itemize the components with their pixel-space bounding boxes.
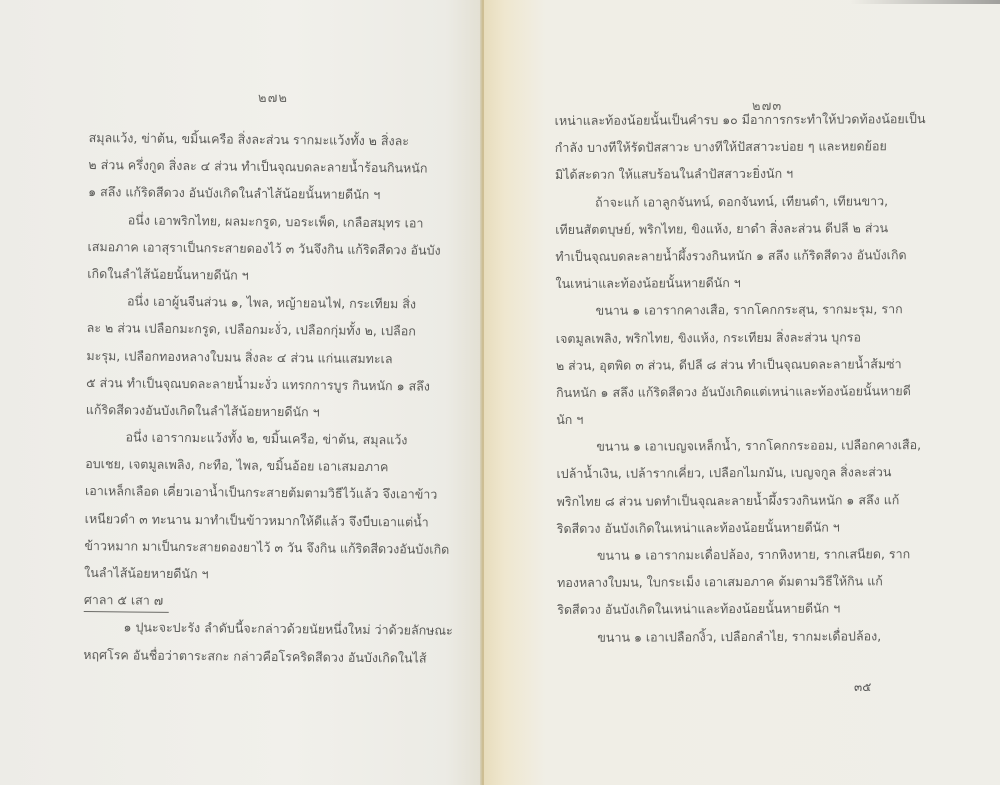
text-line: เกิดในลำไส้น้อยนั้นหายดีนัก ฯ — [87, 260, 467, 291]
text-line: นัก ฯ — [556, 404, 956, 433]
text-line: เสมอภาค เอาสุราเป็นกระสายดองไว้ ๓ วันจึง… — [87, 233, 467, 264]
text-line: ในลำไส้น้อยหายดีนัก ฯ — [84, 559, 464, 590]
text-line: ทองหลางใบมน, ใบกระเม็ง เอาเสมอภาค ต้มตาม… — [557, 567, 957, 596]
text-line: ริดสีดวง อันบังเกิดในเหน่าและท้องน้อยนั้… — [557, 594, 957, 623]
text-line: ขนาน ๑ เอาเปลือกงิ้ว, เปลือกลำไย, รากมะเ… — [557, 621, 957, 650]
text-line: เหนียวดำ ๓ ทะนาน มาทำเป็นข้าวหมากให้ดีแล… — [85, 505, 465, 536]
text-line: หฤศโรค อันชื่อว่าตาระสกะ กล่าวคือโรคริดส… — [83, 641, 463, 672]
text-line: ขนาน ๑ เอารากมะเดื่อปล้อง, รากหิงหาย, รา… — [557, 540, 957, 569]
text-line: เจตมูลเพลิง, พริกไทย, ขิงแห้ง, กระเทียม … — [556, 322, 956, 351]
right-page: ๒๗๓ เหน่าและท้องน้อยนั้นเป็นคำรบ ๑๐ มีอา… — [484, 0, 1000, 785]
page-number-left: ๒๗๒ — [258, 87, 288, 108]
left-page: ๒๗๒ สมุลแว้ง, ข่าต้น, ขมิ้นเครือ สิ่งละส… — [0, 0, 484, 785]
text-line: สมุลแว้ง, ข่าต้น, ขมิ้นเครือ สิ่งละส่วน … — [89, 124, 469, 155]
text-line: ในเหน่าและท้องน้อยนั้นหายดีนัก ฯ — [555, 268, 955, 297]
text-line: ละ ๒ ส่วน เปลือกมะกรูด, เปลือกมะงั่ว, เป… — [87, 314, 467, 345]
signature-mark: ๓๕ — [854, 678, 871, 697]
text-line: ๒ ส่วน ครึ่งกูด สิ่งละ ๔ ส่วน ทำเป็นจุณบ… — [88, 151, 468, 182]
text-line: ๑ สลึง แก้ริดสีดวง อันบังเกิดในลำไส้น้อย… — [88, 178, 468, 209]
section-heading: ศาลา ๕ เสา ๗ — [84, 589, 170, 613]
section-heading-line: ศาลา ๕ เสา ๗ — [84, 586, 464, 617]
text-line: พริกไทย ๘ ส่วน บดทำเป็นจุณละลายน้ำผึ้งรว… — [557, 486, 957, 515]
text-line: อนึ่ง เอาพริกไทย, ผลมะกรูด, บอระเพ็ด, เก… — [88, 206, 468, 237]
text-line: เทียนสัตตบุษย์, พริกไทย, ขิงแห้ง, ยาดำ ส… — [555, 214, 955, 243]
text-line: อบเชย, เจตมูลเพลิง, กะทือ, ไพล, ขมิ้นอ้อ… — [85, 450, 465, 481]
text-line: ถ้าจะแก้ เอาลูกจันทน์, ดอกจันทน์, เทียนด… — [555, 186, 955, 215]
text-line: กำลัง บางทีให้รัดปัสสาวะ บางทีให้ปัสสาวะ… — [555, 132, 955, 161]
text-line: ริดสีดวง อันบังเกิดในเหน่าและท้องน้อยนั้… — [557, 513, 957, 542]
text-line: มิได้สะดวก ให้แสบร้อนในลำปัสสาวะยิ่งนัก … — [555, 159, 955, 188]
text-line: เหน่าและท้องน้อยนั้นเป็นคำรบ ๑๐ มีอาการก… — [555, 105, 955, 134]
text-line: ทำเป็นจุณบดละลายน้ำผึ้งรวงกินหนัก ๑ สลึง… — [555, 241, 955, 270]
top-edge-shadow — [850, 0, 1000, 4]
text-line: ๕ ส่วน ทำเป็นจุณบดละลายน้ำมะงั่ว แทรกการ… — [86, 369, 466, 400]
text-line: เอาเหล็กเลือด เคี่ยวเอาน้ำเป็นกระสายต้มต… — [85, 477, 465, 508]
text-line: ๒ ส่วน, อุตพิด ๓ ส่วน, ดีปลี ๘ ส่วน ทำเป… — [556, 350, 956, 379]
text-line: กินหนัก ๑ สลึง แก้ริดสีดวง อันบังเกิดแต่… — [556, 377, 956, 406]
text-line: มะรุม, เปลือกทองหลางใบมน สิ่งละ ๔ ส่วน แ… — [86, 342, 466, 373]
text-line: ขนาน ๑ เอาเบญจเหล็กน้ำ, รากโคกกระออม, เป… — [556, 431, 956, 460]
text-line: อนึ่ง เอารากมะแว้งทั้ง ๒, ขมิ้นเครือ, ข่… — [85, 423, 465, 454]
text-line: อนึ่ง เอาผู้นจีนส่วน ๑, ไพล, หญ้ายอนไฟ, … — [87, 287, 467, 318]
text-line: ๑ ปุนะจะปะรัง ลำดับนี้จะกล่าวด้วยนัยหนึ่… — [83, 613, 463, 644]
text-line: ขนาน ๑ เอารากคางเสือ, รากโคกกระสุน, รากม… — [556, 295, 956, 324]
text-line: ข้าวหมาก มาเป็นกระสายดองยาไว้ ๓ วัน จึงก… — [84, 532, 464, 563]
right-page-text: เหน่าและท้องน้อยนั้นเป็นคำรบ ๑๐ มีอาการก… — [555, 105, 958, 651]
text-line: เปล้าน้ำเงิน, เปล้ารากเคี่ยว, เปลือกไมกม… — [556, 458, 956, 487]
text-line: แก้ริดสีดวงอันบังเกิดในลำไส้น้อยหายดีนัก… — [86, 396, 466, 427]
left-page-text: สมุลแว้ง, ข่าต้น, ขมิ้นเครือ สิ่งละส่วน … — [83, 124, 469, 672]
